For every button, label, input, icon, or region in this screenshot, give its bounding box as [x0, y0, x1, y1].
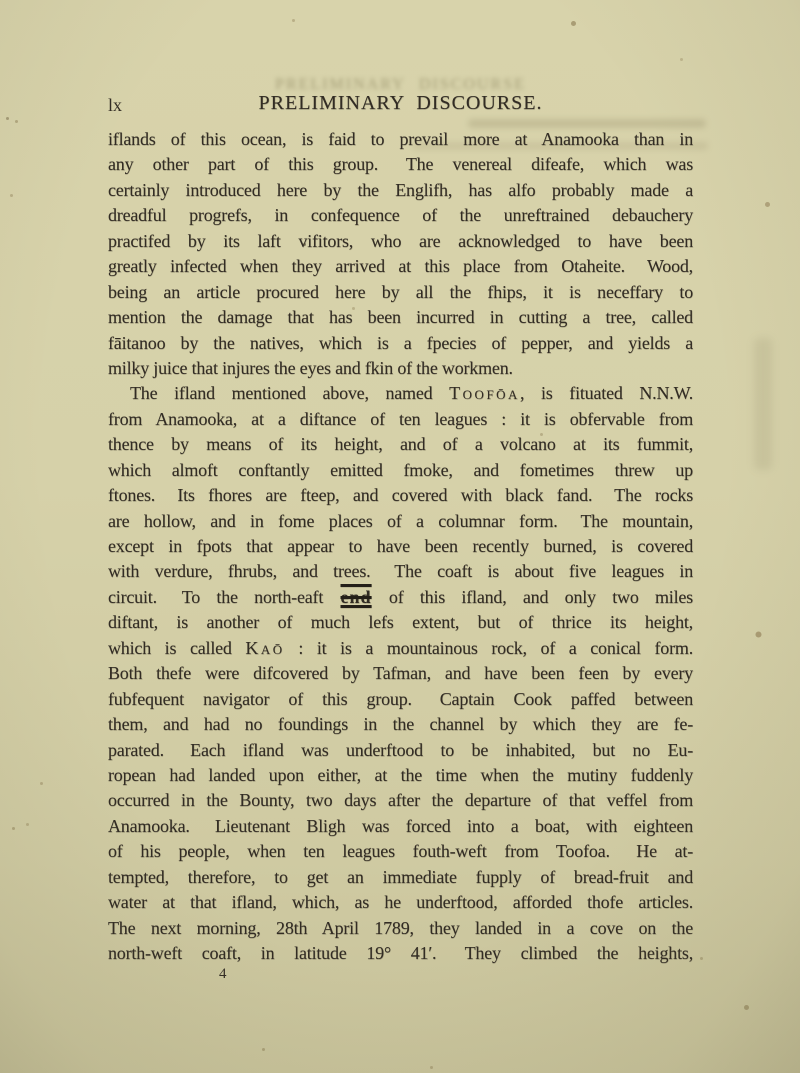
- text-line: The ifland mentioned above, named Toofōa…: [108, 381, 693, 406]
- text-segment: certainly introduced here by the Englifh…: [108, 180, 693, 200]
- text-segment: of this ifland, and only two miles: [373, 587, 693, 607]
- text-line: of his people, when ten leagues fouth-we…: [108, 839, 693, 864]
- show-through-smudge: [754, 338, 772, 470]
- text-segment: fubfequent navigator of this group. Capt…: [108, 689, 693, 709]
- text-line: greatly infected when they arrived at th…: [108, 254, 693, 279]
- text-segment: The next morning, 28th April 1789, they …: [108, 918, 693, 938]
- text-line: from Anamooka, at a diftance of ten leag…: [108, 407, 693, 432]
- book-page: PRELIMINARY DISCOURSE lx PRELIMINARY DIS…: [0, 0, 800, 1073]
- text-line: any other part of this group. The venere…: [108, 152, 693, 177]
- text-segment: circuit. To the north-eaft: [108, 587, 340, 607]
- text-line: north-weft coaft, in latitude 19° 41′. T…: [108, 941, 693, 966]
- text-segment: water at that ifland, which, as he under…: [108, 892, 693, 912]
- text-segment: of his people, when ten leagues fouth-we…: [108, 841, 693, 861]
- press-figure: 4: [219, 966, 227, 983]
- struck-out-word: end: [340, 587, 373, 607]
- text-line: iflands of this ocean, is faid to prevai…: [108, 127, 693, 152]
- foxing-specks: [0, 0, 3, 3]
- text-line: except in fpots that appear to have been…: [108, 534, 693, 559]
- text-segment: thence by means of its height, and of a …: [108, 434, 693, 454]
- text-segment: north-weft coaft, in latitude 19° 41′. T…: [108, 943, 693, 963]
- text-segment: mention the damage that has been incurre…: [108, 307, 693, 327]
- text-line: which is called Kaō : it is a mountainou…: [108, 636, 693, 661]
- text-segment: , is fituated N.N.W.: [520, 383, 693, 403]
- page-header: lx PRELIMINARY DISCOURSE.: [108, 92, 693, 116]
- text-line: ftones. Its fhores are fteep, and covere…: [108, 483, 693, 508]
- text-segment: any other part of this group. The venere…: [108, 154, 693, 174]
- text-segment: practifed by its laft vifitors, who are …: [108, 231, 693, 251]
- text-line: fubfequent navigator of this group. Capt…: [108, 687, 693, 712]
- text-line: Anamooka. Lieutenant Bligh was forced in…: [108, 814, 693, 839]
- text-line: dreadful progrefs, in confequence of the…: [108, 203, 693, 228]
- text-line: mention the damage that has been incurre…: [108, 305, 693, 330]
- text-segment: occurred in the Bounty, two days after t…: [108, 790, 693, 810]
- text-segment: : it is a mountainous rock, of a conical…: [285, 638, 693, 658]
- body-text: iflands of this ocean, is faid to prevai…: [108, 127, 693, 966]
- text-line: certainly introduced here by the Englifh…: [108, 178, 693, 203]
- text-line: them, and had no foundings in the channe…: [108, 712, 693, 737]
- text-segment: ropean had landed upon either, at the ti…: [108, 765, 693, 785]
- text-segment: iflands of this ocean, is faid to prevai…: [108, 129, 693, 149]
- text-line: diftant, is another of much lefs extent,…: [108, 610, 693, 635]
- text-line: water at that ifland, which, as he under…: [108, 890, 693, 915]
- text-line: fāitanoo by the natives, which is a fpec…: [108, 331, 693, 356]
- place-name: Toofōa: [449, 383, 520, 403]
- text-line: practifed by its laft vifitors, who are …: [108, 229, 693, 254]
- text-segment: diftant, is another of much lefs extent,…: [108, 612, 693, 632]
- text-line: The next morning, 28th April 1789, they …: [108, 916, 693, 941]
- text-segment: fāitanoo by the natives, which is a fpec…: [108, 333, 693, 353]
- text-line: ropean had landed upon either, at the ti…: [108, 763, 693, 788]
- text-segment: greatly infected when they arrived at th…: [108, 256, 693, 276]
- place-name: Kaō: [245, 638, 284, 658]
- text-line: tempted, therefore, to get an immediate …: [108, 865, 693, 890]
- text-line: being an article procured here by all th…: [108, 280, 693, 305]
- text-segment: them, and had no foundings in the channe…: [108, 714, 693, 734]
- text-segment: The ifland mentioned above, named: [130, 383, 449, 403]
- text-segment: which is called: [108, 638, 245, 658]
- text-segment: dreadful progrefs, in confequence of the…: [108, 205, 693, 225]
- running-title: PRELIMINARY DISCOURSE.: [108, 92, 693, 115]
- text-line: circuit. To the north-eaft end of this i…: [108, 585, 693, 610]
- text-line: which almoft conftantly emitted fmoke, a…: [108, 458, 693, 483]
- text-segment: milky juice that injures the eyes and fk…: [108, 358, 513, 378]
- text-segment: with verdure, fhrubs, and trees. The coa…: [108, 561, 693, 581]
- text-line: occurred in the Bounty, two days after t…: [108, 788, 693, 813]
- text-segment: which almoft conftantly emitted fmoke, a…: [108, 460, 693, 480]
- text-line: Both thefe were difcovered by Tafman, an…: [108, 661, 693, 686]
- text-line: milky juice that injures the eyes and fk…: [108, 356, 693, 381]
- text-line: are hollow, and in fome places of a colu…: [108, 509, 693, 534]
- text-segment: are hollow, and in fome places of a colu…: [108, 511, 693, 531]
- text-segment: parated. Each ifland was underftood to b…: [108, 740, 693, 760]
- text-segment: being an article procured here by all th…: [108, 282, 693, 302]
- text-segment: ftones. Its fhores are fteep, and covere…: [108, 485, 693, 505]
- text-line: with verdure, fhrubs, and trees. The coa…: [108, 559, 693, 584]
- text-segment: Anamooka. Lieutenant Bligh was forced in…: [108, 816, 693, 836]
- text-segment: Both thefe were difcovered by Tafman, an…: [108, 663, 693, 683]
- text-line: thence by means of its height, and of a …: [108, 432, 693, 457]
- text-segment: from Anamooka, at a diftance of ten leag…: [108, 409, 693, 429]
- text-line: parated. Each ifland was underftood to b…: [108, 738, 693, 763]
- text-segment: tempted, therefore, to get an immediate …: [108, 867, 693, 887]
- text-segment: except in fpots that appear to have been…: [108, 536, 693, 556]
